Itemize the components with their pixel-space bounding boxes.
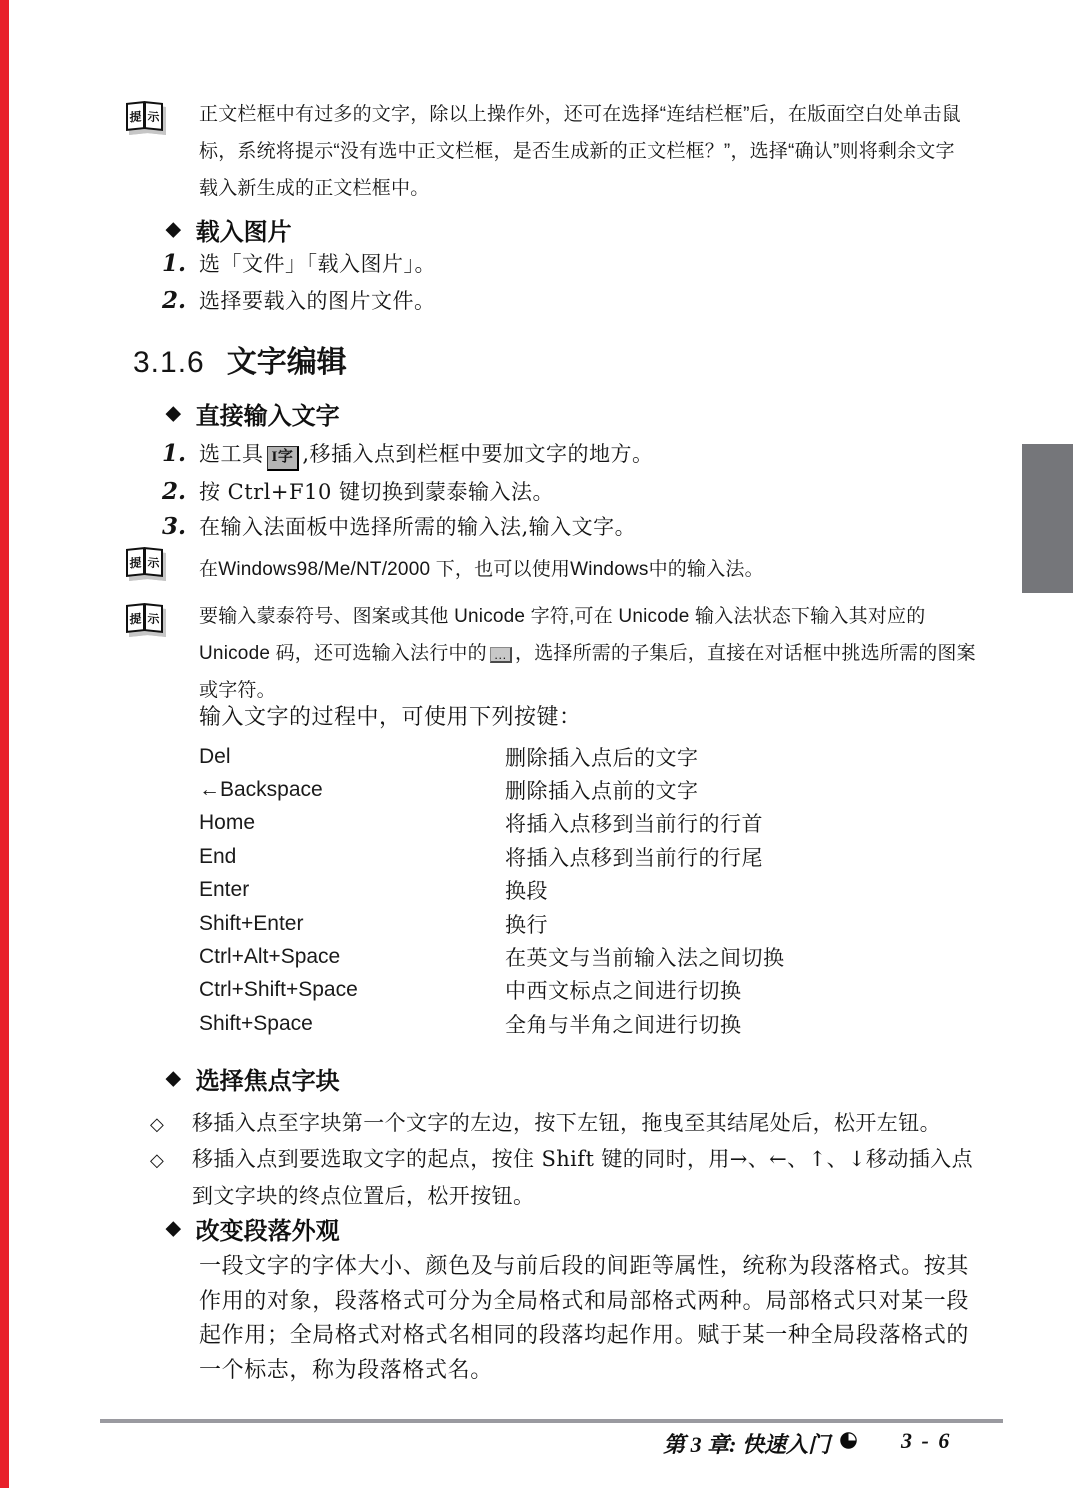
step-text: 在输入法面板中选择所需的输入法,输入文字。 xyxy=(199,511,636,541)
footer-rule xyxy=(100,1419,1003,1423)
hollow-diamond-icon: ◇ xyxy=(150,1114,192,1135)
key-description: 将插入点移到当前行的行尾 xyxy=(505,842,763,872)
key-name: Home xyxy=(199,811,505,835)
hollow-diamond-icon: ◇ xyxy=(150,1150,192,1171)
key-name: End xyxy=(199,845,505,869)
bullet-text: 移插入点到要选取文字的起点，按住 Shift 键的同时，用→、←、↑、↓移动插入… xyxy=(192,1141,974,1215)
shortcut-key-table: Del 删除插入点后的文字 ←Backspace 删除插入点前的文字 Home … xyxy=(199,740,969,1041)
heading-paragraph-format-label: 改变段落外观 xyxy=(196,1211,340,1246)
table-row: Shift+Space 全角与半角之间进行切换 xyxy=(199,1007,969,1040)
step-number: 2. xyxy=(162,478,199,505)
tip-book-icon: 提示 xyxy=(126,604,172,642)
table-row: Del 删除插入点后的文字 xyxy=(199,740,969,773)
heading-direct-input-label: 直接输入文字 xyxy=(196,396,340,431)
heading-load-image-label: 载入图片 xyxy=(196,212,292,247)
section-title: 文字编辑 xyxy=(227,337,347,381)
key-description: 删除插入点后的文字 xyxy=(505,742,699,772)
key-name: Shift+Enter xyxy=(199,912,505,936)
key-name: ←Backspace xyxy=(199,778,505,802)
heading-paragraph-format: ◆ 改变段落外观 xyxy=(166,1211,340,1246)
paragraph-format-body: 一段文字的字体大小、颜色及与前后段的间距等属性，统称为段落格式。按其作用的对象，… xyxy=(199,1250,969,1388)
key-description: 将插入点移到当前行的行首 xyxy=(505,808,763,838)
keys-intro: 输入文字的过程中，可使用下列按键： xyxy=(199,700,582,731)
heading-select-block: ◆ 选择焦点字块 xyxy=(166,1061,340,1096)
step-number: 2. xyxy=(162,287,199,314)
step-number: 3. xyxy=(162,513,199,540)
step-text: 按 Ctrl+F10 键切换到蒙泰输入法。 xyxy=(199,476,554,506)
table-row: Shift+Enter 换行 xyxy=(199,907,969,940)
table-row: Enter 换段 xyxy=(199,874,969,907)
footer-page-number: 3 - 6 xyxy=(901,1428,951,1454)
tip-overflow-text: 正文栏框中有过多的文字，除以上操作外，还可在选择“连结栏框”后，在版面空白处单击… xyxy=(199,96,971,207)
key-name: Shift+Space xyxy=(199,1012,505,1036)
table-row: Ctrl+Alt+Space 在英文与当前输入法之间切换 xyxy=(199,940,969,973)
diamond-bullet-icon: ◆ xyxy=(166,1067,181,1090)
key-description: 换段 xyxy=(505,875,548,905)
direct-input-step-2: 2. 按 Ctrl+F10 键切换到蒙泰输入法。 xyxy=(162,476,554,506)
tip-book-left-page: 提 xyxy=(126,547,145,577)
manual-page: 提示 正文栏框中有过多的文字，除以上操作外，还可在选择“连结栏框”后，在版面空白… xyxy=(0,0,1073,1488)
diamond-bullet-icon: ◆ xyxy=(166,218,181,241)
load-image-step-1: 1. 选「文件」「载入图片」。 xyxy=(162,248,436,278)
table-row: Home 将插入点移到当前行的行首 xyxy=(199,807,969,840)
diamond-bullet-icon: ◆ xyxy=(166,1217,181,1240)
tip-book-icon: 提示 xyxy=(126,102,172,140)
tip-book-right-page: 示 xyxy=(144,101,163,131)
section-number: 3.1.6 xyxy=(133,346,205,380)
section-heading: 3.1.6 文字编辑 xyxy=(133,337,347,381)
chapter-thumb-tab xyxy=(1022,444,1073,593)
ellipsis-button-icon: … xyxy=(490,647,512,663)
heading-select-block-label: 选择焦点字块 xyxy=(196,1061,340,1096)
page-edge-red-strip xyxy=(0,0,9,1488)
diamond-bullet-icon: ◆ xyxy=(166,402,181,425)
heading-direct-input: ◆ 直接输入文字 xyxy=(166,396,340,431)
tip-book-icon: 提示 xyxy=(126,548,172,586)
text-tool-icon: I字 xyxy=(267,446,300,471)
table-row: End 将插入点移到当前行的行尾 xyxy=(199,840,969,873)
step-number: 1. xyxy=(162,250,199,277)
step-text: 选择要载入的图片文件。 xyxy=(199,285,436,315)
direct-input-step-1: 1. 选工具I字,移插入点到栏框中要加文字的地方。 xyxy=(162,438,654,471)
key-description: 删除插入点前的文字 xyxy=(505,775,699,805)
select-block-bullet-2: ◇ 移插入点到要选取文字的起点，按住 Shift 键的同时，用→、←、↑、↓移动… xyxy=(150,1141,974,1215)
tip-unicode-text: 要输入蒙泰符号、图案或其他 Unicode 字符,可在 Unicode 输入法状… xyxy=(199,598,977,709)
tip-book-right-page: 示 xyxy=(144,603,163,633)
step-text: ,移插入点到栏框中要加文字的地方。 xyxy=(302,442,653,466)
key-description: 在英文与当前输入法之间切换 xyxy=(505,942,785,972)
tip-windows-ime-text: 在Windows98/Me/NT/2000 下，也可以使用Windows中的输入… xyxy=(199,551,989,588)
tip-book-right-page: 示 xyxy=(144,547,163,577)
table-row: ←Backspace 删除插入点前的文字 xyxy=(199,773,969,806)
step-text: 选工具 xyxy=(199,442,264,466)
table-row: Ctrl+Shift+Space 中西文标点之间进行切换 xyxy=(199,974,969,1007)
key-name: Ctrl+Alt+Space xyxy=(199,945,505,969)
key-name: Enter xyxy=(199,878,505,902)
select-block-bullet-1: ◇ 移插入点至字块第一个文字的左边，按下左钮，拖曳至其结尾处后，松开左钮。 xyxy=(150,1105,974,1142)
heading-load-image: ◆ 载入图片 xyxy=(166,212,292,247)
step-number: 1. xyxy=(162,440,199,467)
key-description: 全角与半角之间进行切换 xyxy=(505,1009,742,1039)
bullet-text: 移插入点至字块第一个文字的左边，按下左钮，拖曳至其结尾处后，松开左钮。 xyxy=(192,1105,941,1142)
footer-chapter: 第 3 章: 快速入门 xyxy=(530,1428,830,1459)
footer-logo-icon xyxy=(840,1432,857,1449)
step-text: 选「文件」「载入图片」。 xyxy=(199,248,436,278)
load-image-step-2: 2. 选择要载入的图片文件。 xyxy=(162,285,436,315)
tip-book-left-page: 提 xyxy=(126,101,145,131)
tip-book-left-page: 提 xyxy=(126,603,145,633)
direct-input-step-3: 3. 在输入法面板中选择所需的输入法,输入文字。 xyxy=(162,511,636,541)
key-description: 中西文标点之间进行切换 xyxy=(505,975,742,1005)
key-name: Ctrl+Shift+Space xyxy=(199,978,505,1002)
key-description: 换行 xyxy=(505,909,548,939)
key-name: Del xyxy=(199,745,505,769)
